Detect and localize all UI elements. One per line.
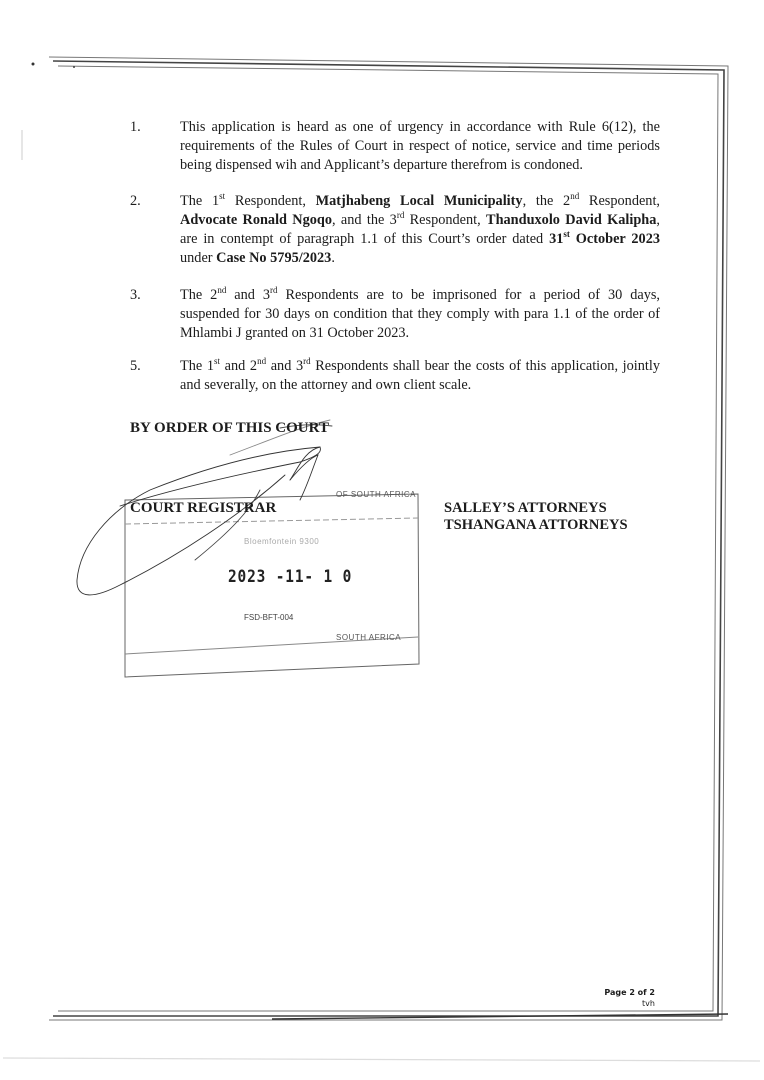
paragraph-text: The 1st Respondent, Matjhabeng Local Mun… xyxy=(180,192,660,268)
attorney-name: TSHANGANA ATTORNEYS xyxy=(444,517,628,534)
order-paragraph: 2.The 1st Respondent, Matjhabeng Local M… xyxy=(130,192,660,268)
paragraph-text: This application is heard as one of urge… xyxy=(180,118,660,175)
page-footer: Page 2 of 2 tvh xyxy=(593,987,655,1009)
paragraph-number: 2. xyxy=(130,192,141,211)
paragraph-text: The 2nd and 3rd Respondents are to be im… xyxy=(180,286,660,343)
stamp-header-top: OF SOUTH AFRICA xyxy=(336,490,416,499)
order-paragraph: 1.This application is heard as one of ur… xyxy=(130,118,660,175)
by-order-of-court: BY ORDER OF THIS COURT xyxy=(130,420,329,437)
attorneys-block: SALLEY’S ATTORNEYS TSHANGANA ATTORNEYS xyxy=(444,500,628,534)
stamp-header-bottom: SOUTH AFRICA xyxy=(336,633,401,642)
stamp-code: FSD-BFT-004 xyxy=(244,613,293,622)
paragraph-number: 1. xyxy=(130,118,141,137)
attorney-name: SALLEY’S ATTORNEYS xyxy=(444,500,628,517)
court-registrar-stamp: OF SOUTH AFRICA COURT REGISTRAR Bloemfon… xyxy=(124,487,420,663)
paragraph-number: 3. xyxy=(130,286,141,305)
order-paragraph: 3.The 2nd and 3rd Respondents are to be … xyxy=(130,286,660,343)
stamp-faint-line: Bloemfontein 9300 xyxy=(244,537,319,546)
typist-initials: tvh xyxy=(593,998,655,1009)
order-paragraph: 5.The 1st and 2nd and 3rd Respondents sh… xyxy=(130,357,660,395)
stamp-title: COURT REGISTRAR xyxy=(130,500,276,517)
page-number: Page 2 of 2 xyxy=(593,987,655,998)
stamp-date: 2023 -11- 1 0 xyxy=(228,567,352,587)
paragraph-text: The 1st and 2nd and 3rd Respondents shal… xyxy=(180,357,660,395)
paragraph-number: 5. xyxy=(130,357,141,376)
